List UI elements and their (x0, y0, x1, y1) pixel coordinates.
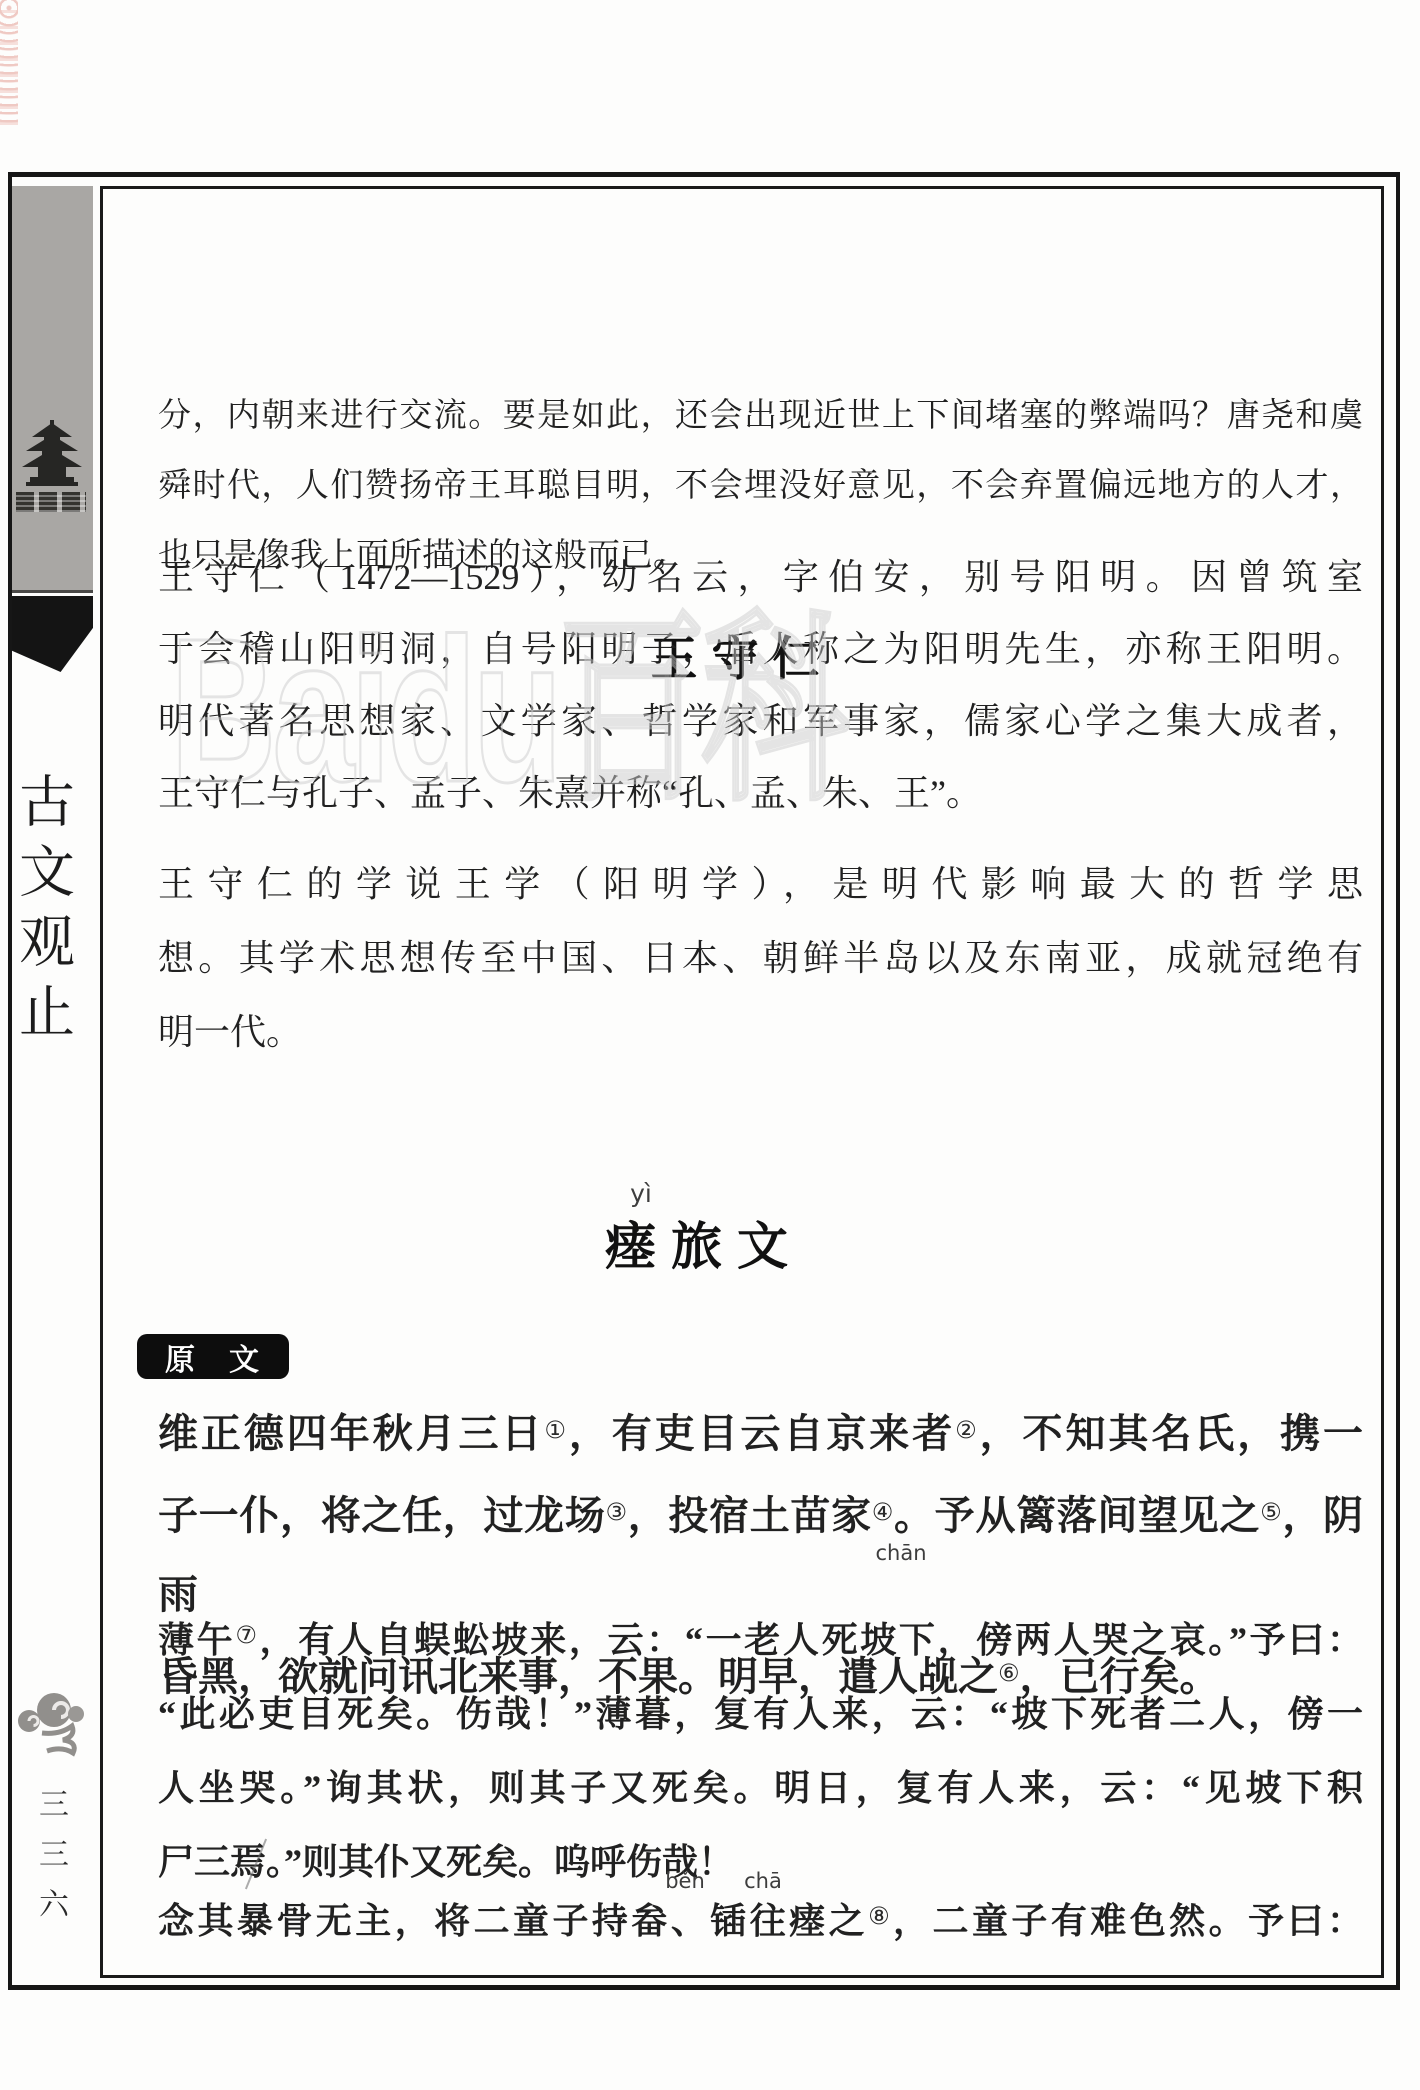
author-bio-paragraph-1: 王守仁（1472—1529），幼名云，字伯安，别号阳明。因曾筑室于会稽山阳明洞，… (158, 541, 1363, 829)
text-line: 王守仁（1472—1529），幼名云，字伯安，别号阳明。因曾筑室 (158, 541, 1363, 613)
book-page-scan: 古文观止 三三六 分，内朝来进行交流。要是如此，还会出现近世上下间堵塞的弊端吗？… (0, 0, 1420, 2090)
series-title-vertical: 古文观止 (20, 772, 82, 1052)
pinyin-yi: yì (615, 1179, 667, 1208)
pinyin-ben: běn (663, 1869, 707, 1893)
pinyin-chan: chān (875, 1541, 927, 1565)
sidebar-gray-band (12, 186, 93, 593)
text-line: 于会稽山阳明洞，自号阳明子，后人称之为阳明先生，亦称王阳明。 (158, 613, 1363, 685)
article-title: 瘗旅文 (103, 1205, 1381, 1279)
red-chain-scan-artifact (0, 0, 18, 125)
text-line: 想。其学术思想传至中国、日本、朝鲜半岛以及东南亚，成就冠绝有 (158, 921, 1363, 995)
text-line: 薄午⑦，有人自蜈蚣坡来，云：“一老人死坡下，傍两人哭之哀。”予曰： (158, 1598, 1363, 1677)
text-line: 分，内朝来进行交流。要是如此，还会出现近世上下间堵塞的弊端吗？唐尧和虞 (158, 381, 1363, 451)
pagoda-logo-icon (20, 420, 84, 495)
text-line: 维正德四年秋月三日①，有吏目云自京来者②，不知其名氏，携一 (158, 1391, 1363, 1473)
text-line: “此必吏目死矣。伤哉！”薄暮，复有人来，云：“坡下死者二人，傍一 (158, 1677, 1363, 1751)
text-line: 人坐哭。”询其状，则其子又死矣。明日，复有人来，云：“见坡下积 (158, 1751, 1363, 1825)
cloud-ornament-icon (12, 1688, 88, 1763)
logo-caption-marks (16, 492, 86, 512)
pinyin-cha: chā (741, 1869, 785, 1893)
text-line: 王守仁的学说王学（阳明学），是明代影响最大的哲学思 (158, 847, 1363, 921)
text-line: 明代著名思想家、文学家、哲学家和军事家，儒家心学之集大成者， (158, 685, 1363, 757)
page-number-vertical: 三三六 (32, 1788, 72, 1938)
author-bio-paragraph-2: 王守仁的学说王学（阳明学），是明代影响最大的哲学思想。其学术思想传至中国、日本、… (158, 847, 1363, 1069)
original-text-label: 原 文 (137, 1334, 289, 1379)
content-frame: 分，内朝来进行交流。要是如此，还会出现近世上下间堵塞的弊端吗？唐尧和虞舜时代，人… (100, 186, 1384, 1978)
original-paragraph-2: 薄午⑦，有人自蜈蚣坡来，云：“一老人死坡下，傍两人哭之哀。”予曰：“此必吏目死矣… (158, 1598, 1363, 1899)
text-line: 明一代。 (158, 995, 1363, 1069)
text-line: 舜时代，人们赞扬帝王耳聪目明，不会埋没好意见，不会弃置偏远地方的人才， (158, 451, 1363, 521)
article-title-text: 瘗旅文 (605, 1205, 803, 1279)
text-line: 王守仁与孔子、孟子、朱熹并称“孔、孟、朱、王”。 (158, 757, 1363, 829)
